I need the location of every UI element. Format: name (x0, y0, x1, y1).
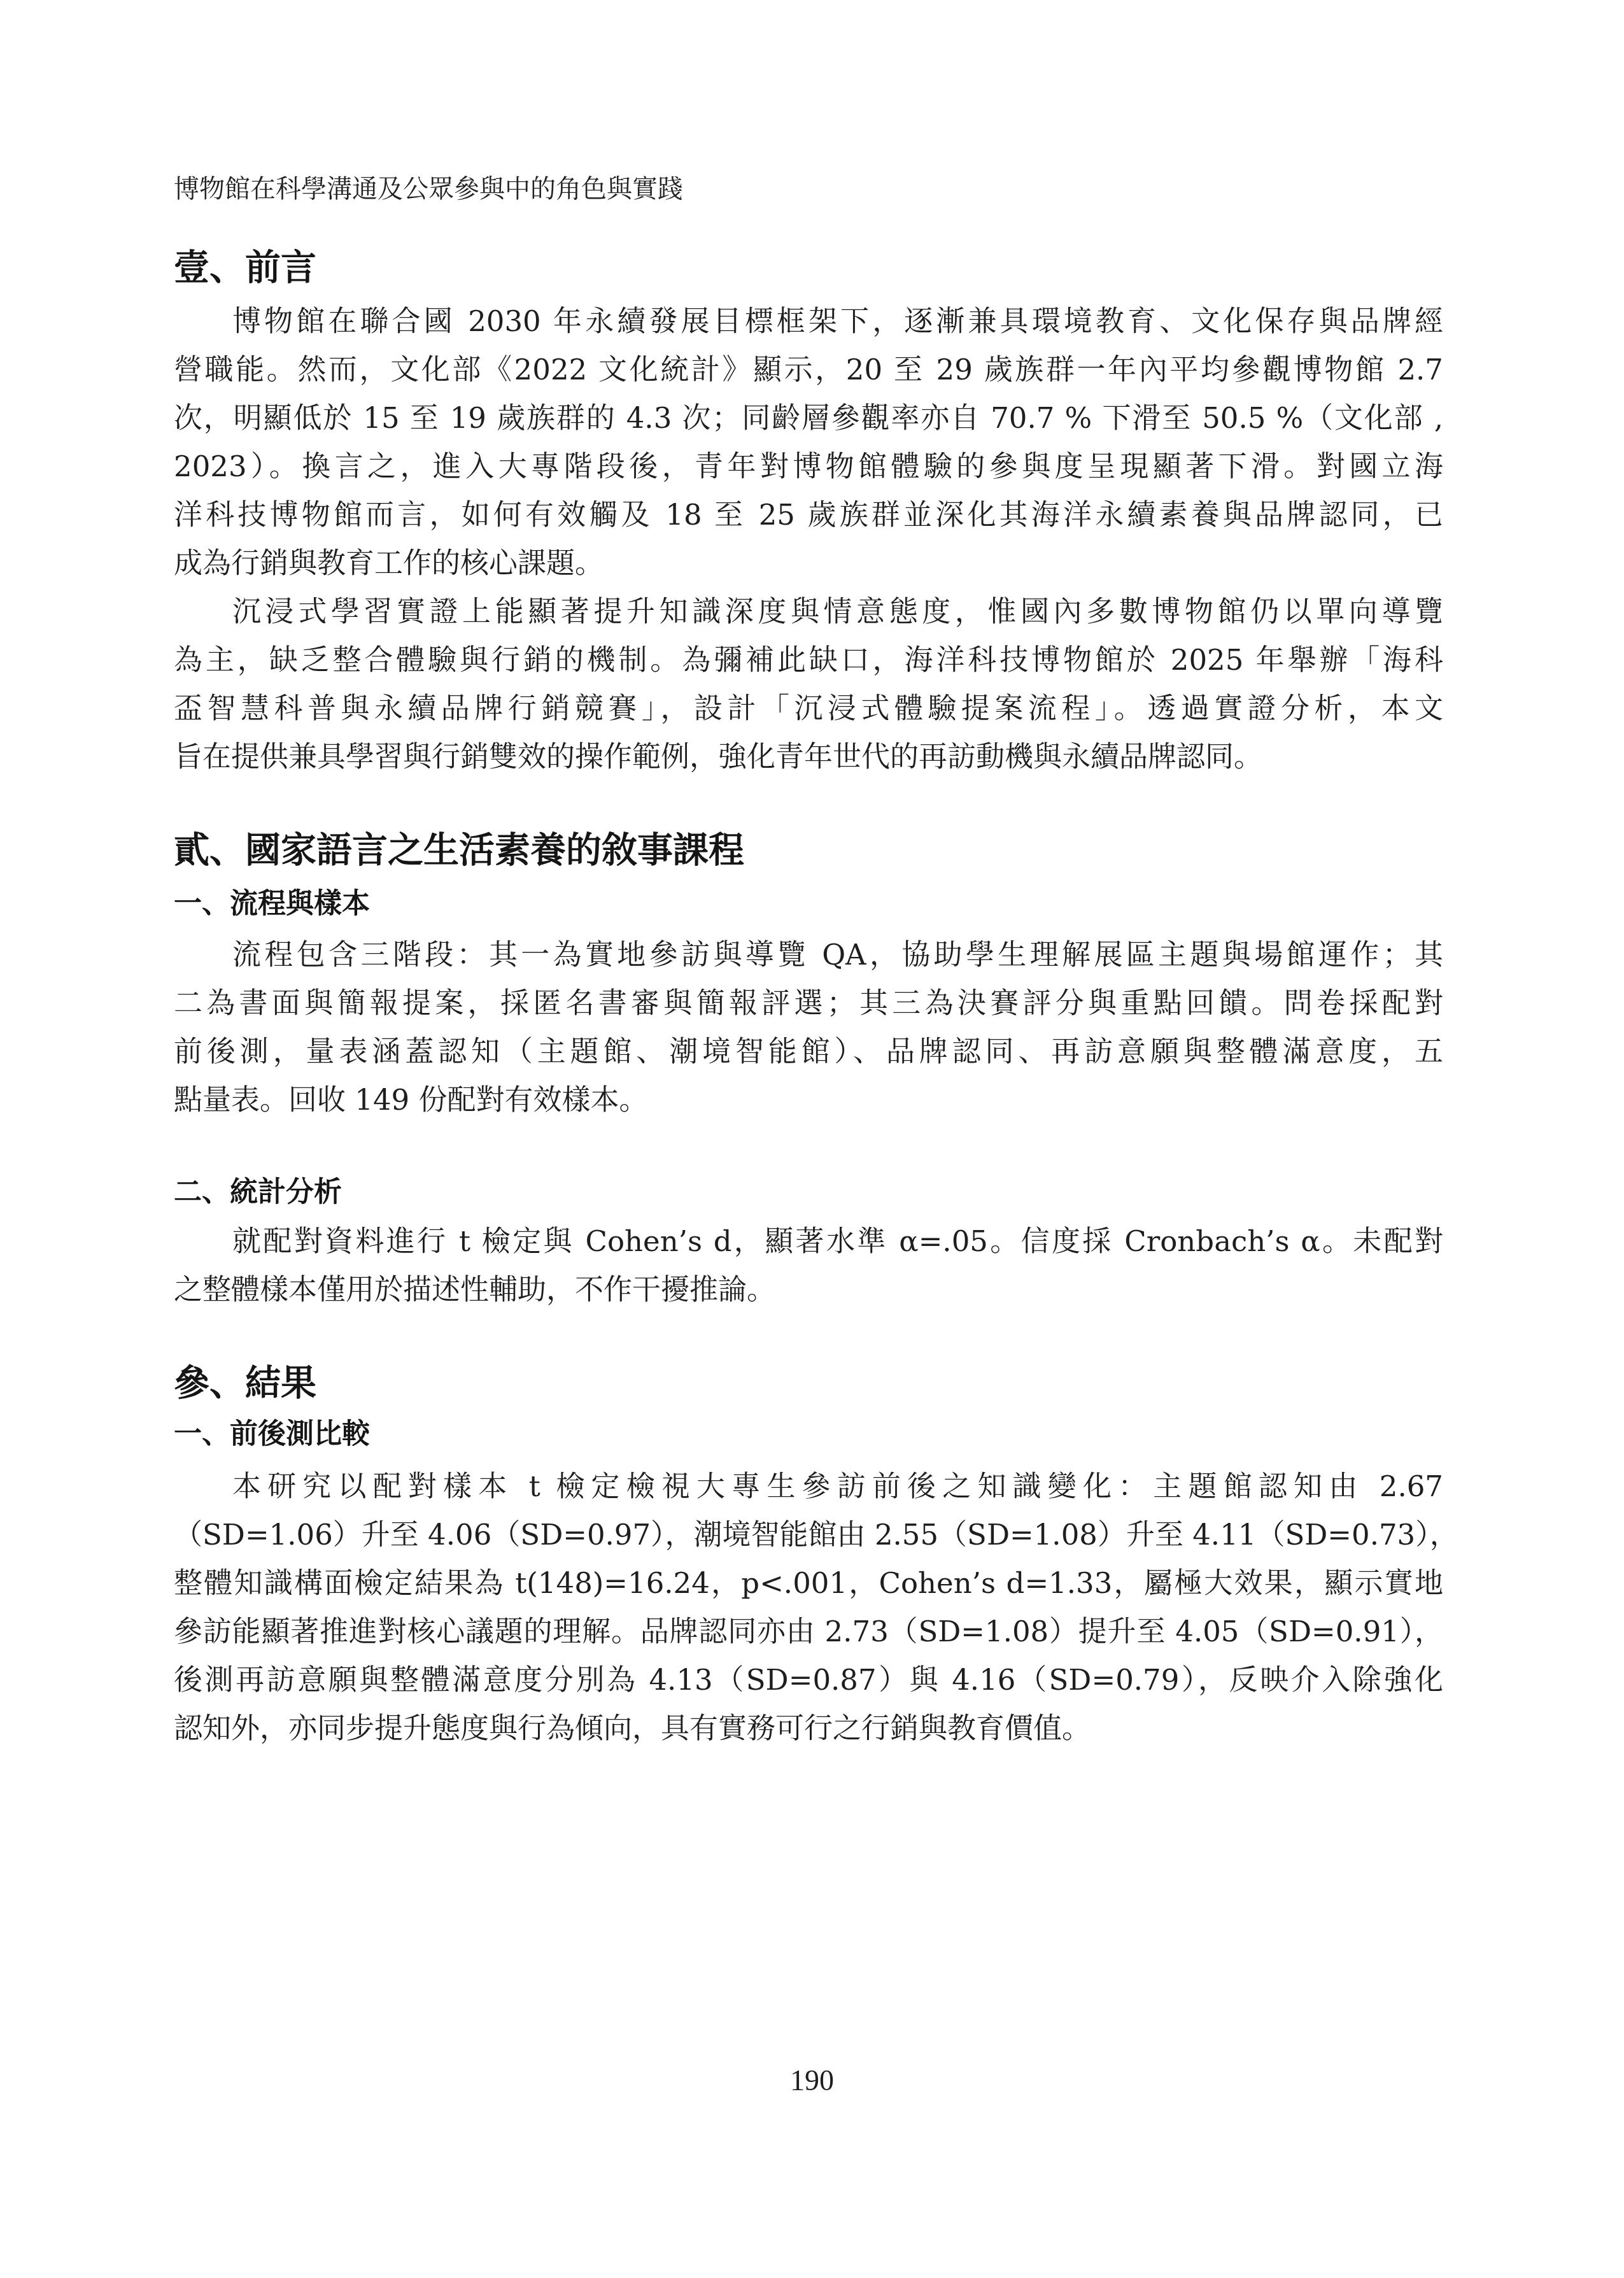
text-line: 成為行銷與教育工作的核心課題。 (174, 544, 1443, 583)
running-header: 博物館在科學溝通及公眾參與中的角色與實踐 (174, 173, 683, 205)
text-line: 旨在提供兼具學習與行銷雙效的操作範例，強化青年世代的再訪動機與永續品牌認同。 (174, 738, 1443, 776)
text-line: 整體知識構面檢定結果為 t(148)=16.24，p<.001，Cohen’s … (174, 1564, 1443, 1602)
text-line: 博物館在聯合國 2030 年永續發展目標框架下，逐漸兼具環境教育、文化保存與品牌… (232, 302, 1443, 341)
text-line: （SD=1.06）升至 4.06（SD=0.97），潮境智能館由 2.55（SD… (174, 1516, 1443, 1554)
text-line: 流程包含三階段：其一為實地參訪與導覽 QA，協助學生理解展區主題與場館運作；其 (232, 936, 1443, 974)
page-number: 190 (0, 2063, 1624, 2098)
text-line: 前後測，量表涵蓋認知（主題館、潮境智能館）、品牌認同、再訪意願與整體滿意度，五 (174, 1033, 1443, 1071)
section-heading-narrative-curriculum: 貳、國家語言之生活素養的敘事課程 (174, 828, 744, 872)
text-line: 營職能。然而，文化部《2022 文化統計》顯示，20 至 29 歲族群一年內平均… (174, 351, 1443, 389)
text-line: 2023）。換言之，進入大專階段後，青年對博物館體驗的參與度呈現顯著下滑。對國立… (174, 448, 1443, 486)
text-line: 點量表。回收 149 份配對有效樣本。 (174, 1081, 1443, 1119)
text-line: 二為書面與簡報提案，採匿名書審與簡報評選；其三為決賽評分與重點回饋。問卷採配對 (174, 984, 1443, 1022)
text-line: 之整體樣本僅用於描述性輔助，不作干擾推論。 (174, 1271, 1443, 1309)
text-line: 就配對資料進行 t 檢定與 Cohen’s d，顯著水準 α=.05。信度採 C… (232, 1222, 1443, 1261)
text-line: 後測再訪意願與整體滿意度分別為 4.13（SD=0.87）與 4.16（SD=0… (174, 1661, 1443, 1699)
text-line: 為主，缺乏整合體驗與行銷的機制。為彌補此缺口，海洋科技博物館於 2025 年舉辦… (174, 641, 1443, 679)
subsection-heading-pre-post-comparison: 一、前後測比較 (174, 1417, 370, 1452)
text-line: 參訪能顯著推進對核心議題的理解。品牌認同亦由 2.73（SD=1.08）提升至 … (174, 1613, 1443, 1651)
text-line: 本研究以配對樣本 t 檢定檢視大專生參訪前後之知識變化：主題館認知由 2.67 (232, 1468, 1443, 1506)
text-line: 洋科技博物館而言，如何有效觸及 18 至 25 歲族群並深化其海洋永續素養與品牌… (174, 496, 1443, 534)
text-line: 次，明顯低於 15 至 19 歲族群的 4.3 次；同齡層參觀率亦自 70.7 … (174, 399, 1443, 437)
section-heading-results: 參、結果 (174, 1361, 316, 1405)
text-line: 盃智慧科普與永續品牌行銷競賽」，設計「沉浸式體驗提案流程」。透過實證分析，本文 (174, 690, 1443, 728)
section-heading-introduction: 壹、前言 (174, 245, 316, 290)
text-line: 認知外，亦同步提升態度與行為傾向，具有實務可行之行銷與教育價值。 (174, 1709, 1443, 1748)
subsection-heading-process-sample: 一、流程與樣本 (174, 886, 370, 922)
document-page: 博物館在科學溝通及公眾參與中的角色與實踐 壹、前言 博物館在聯合國 2030 年… (0, 0, 1624, 2278)
subsection-heading-statistics: 二、統計分析 (174, 1175, 342, 1210)
text-line: 沉浸式學習實證上能顯著提升知識深度與情意態度，惟國內多數博物館仍以單向導覽 (232, 593, 1443, 631)
